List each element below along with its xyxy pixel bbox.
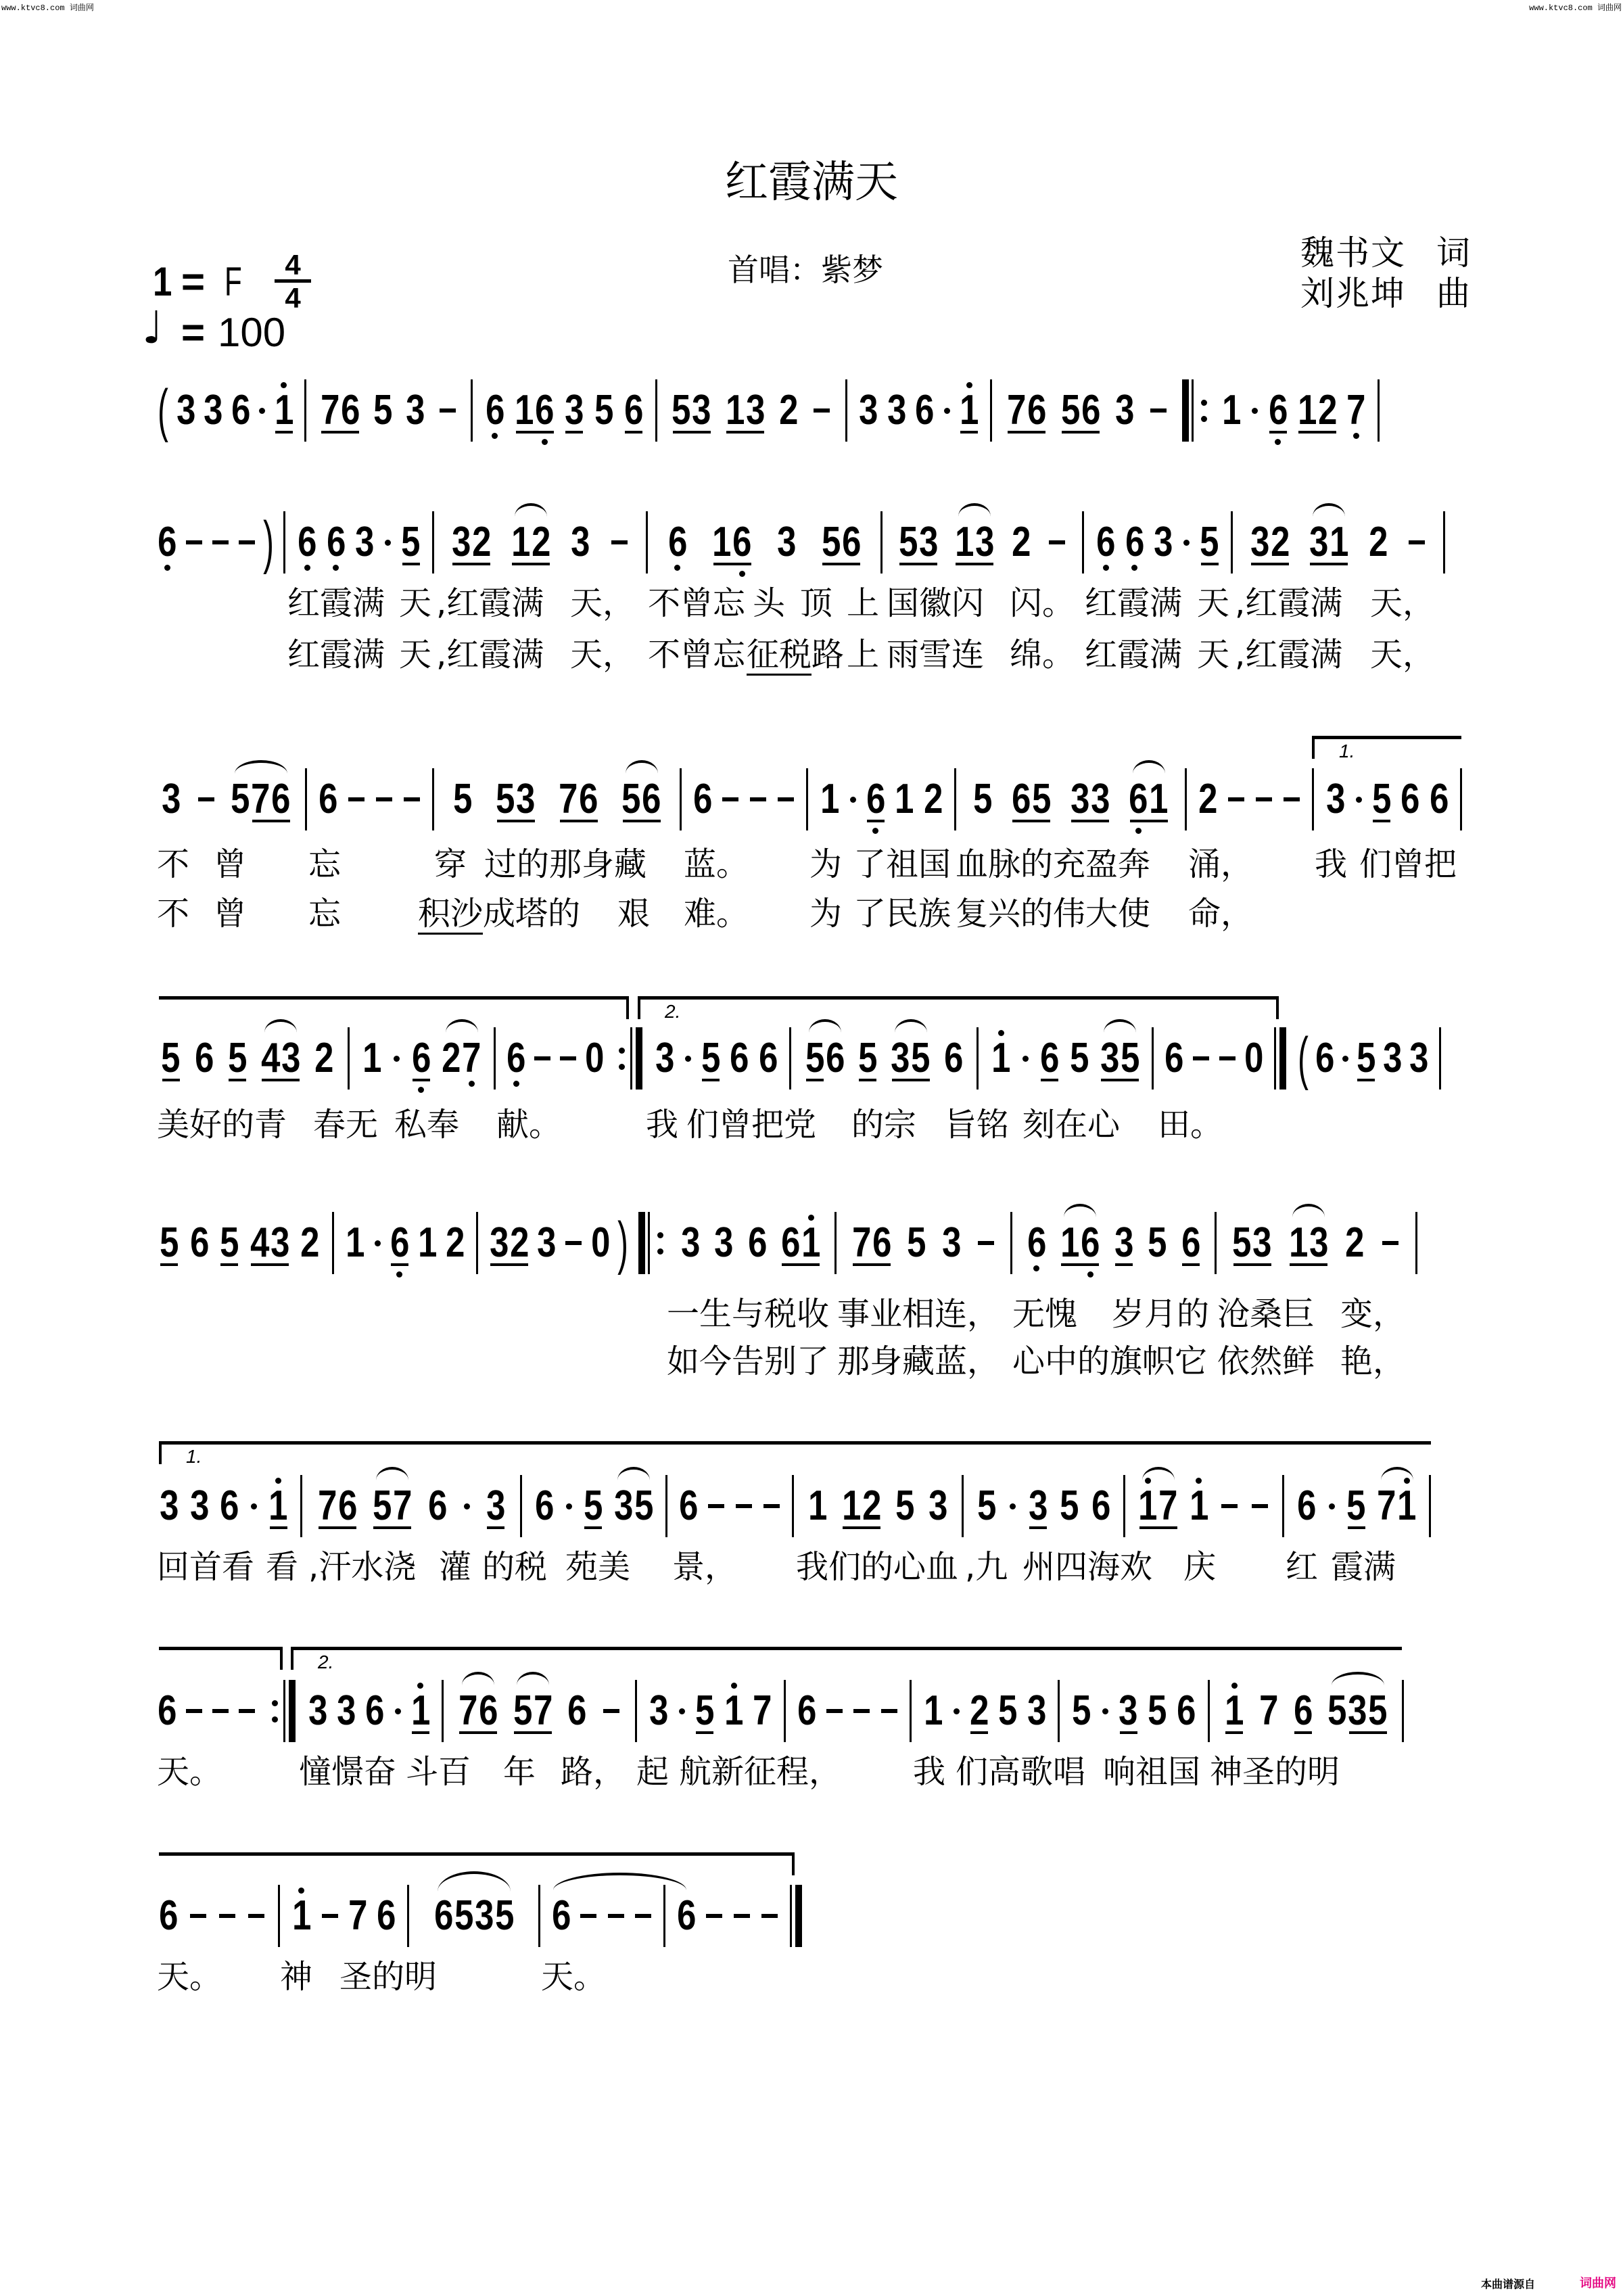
note: 3	[745, 377, 766, 444]
note: 1	[1221, 377, 1242, 444]
note: 5	[906, 1209, 926, 1277]
lyric-segment: 斗百	[406, 1756, 471, 1788]
note-digit: 3	[1309, 1222, 1328, 1264]
note: 6	[159, 1882, 179, 1950]
extension-dash	[1250, 1472, 1270, 1540]
note-digit: 2	[970, 1690, 989, 1732]
note: 3	[1309, 509, 1329, 576]
note: 5	[513, 1677, 533, 1745]
measure: 1612	[810, 766, 954, 833]
note: 3	[536, 1209, 557, 1277]
lyric-segment: 顶	[800, 587, 832, 619]
barline	[278, 1885, 280, 1947]
note-digit: 1	[820, 778, 839, 820]
note: 1	[511, 509, 531, 576]
extension-dash	[811, 377, 832, 444]
note: 6	[1129, 766, 1149, 833]
extension-dash	[184, 1677, 204, 1745]
slur: 27	[442, 1025, 482, 1092]
note: 3	[1114, 377, 1135, 444]
note-digit: 5	[858, 1037, 877, 1079]
note: 6	[194, 1025, 214, 1092]
barline	[432, 511, 434, 573]
lyric-segment: 穿	[434, 848, 467, 881]
note: 3	[1090, 766, 1110, 833]
note-digit: 0	[585, 1037, 604, 1079]
note: 2	[969, 1677, 989, 1745]
note-digit: 3	[746, 390, 765, 431]
note-digit: 5	[911, 1037, 930, 1079]
note: 2	[1011, 509, 1031, 576]
low-octave-dot	[1087, 1271, 1093, 1278]
lyric-segment: 了民族	[853, 897, 951, 930]
measure: 3566	[645, 1025, 789, 1092]
barline	[834, 1212, 837, 1274]
note: 5	[857, 1025, 878, 1092]
lyric-segment: 成塔的	[483, 897, 580, 930]
slur: 13	[954, 509, 995, 576]
barline	[304, 379, 306, 442]
beam-group: 12	[1297, 377, 1338, 444]
note-digit: 7	[393, 1485, 412, 1527]
augmentation-dot	[1341, 1025, 1350, 1092]
lyric-segment: 难。	[684, 897, 749, 930]
note: 5	[1368, 1677, 1388, 1745]
note: 7	[320, 377, 340, 444]
extension-dash	[748, 766, 768, 833]
note: 6	[732, 509, 753, 576]
note-digit: 6	[915, 390, 934, 431]
beam-group: 5	[1200, 509, 1220, 576]
note-digit: 1	[1222, 390, 1241, 431]
note: 2	[300, 1209, 321, 1277]
note: 0	[590, 1209, 611, 1277]
note-digit: 5	[228, 1037, 247, 1079]
note-digit: 5	[1327, 1690, 1346, 1732]
note: 3	[1100, 1025, 1120, 1092]
measure: 76563	[994, 377, 1182, 444]
note-digit: 3	[565, 390, 584, 431]
note: 7	[458, 1677, 478, 1745]
measure: (6533	[1289, 1025, 1439, 1092]
note-digit: 1	[511, 521, 530, 563]
augmentation-dot	[1250, 377, 1259, 444]
note-digit: 3	[1091, 778, 1110, 820]
note: 5	[1327, 1677, 1348, 1745]
note: 3	[1325, 766, 1346, 833]
barline	[845, 379, 847, 442]
slur: 535	[1327, 1677, 1388, 1745]
note: 7	[1158, 1472, 1179, 1540]
note: 6	[729, 1025, 749, 1092]
repeat-end-thin-bar	[283, 1680, 285, 1742]
barline	[348, 1027, 350, 1090]
note: 5	[583, 1472, 603, 1540]
note: 3	[1250, 509, 1270, 576]
measure: 53132	[1219, 1209, 1415, 1277]
note: 2	[1198, 766, 1219, 833]
tie-arc	[553, 1873, 686, 1890]
note-digit: 5	[998, 1690, 1017, 1732]
barline	[680, 768, 682, 830]
beam-group: 43	[250, 1209, 290, 1277]
measure: 3361	[849, 377, 990, 444]
note-digit: 3	[1154, 521, 1173, 563]
note: 3	[1070, 766, 1090, 833]
note: 5	[401, 509, 421, 576]
slur: 16	[1060, 1209, 1100, 1277]
beam-group: 35	[891, 1025, 931, 1092]
slur: 76	[458, 1677, 498, 1745]
note: 0	[1244, 1025, 1264, 1092]
note-digit: 3	[475, 1895, 494, 1937]
note: 3	[159, 1472, 179, 1540]
extension-dash	[210, 509, 231, 576]
low-octave-dot	[492, 433, 498, 439]
note: 5	[1232, 1209, 1252, 1277]
note: 5	[159, 1209, 179, 1277]
note-digit: 5	[1032, 778, 1051, 820]
note-digit: 5	[1148, 1222, 1167, 1264]
beam-group: 61	[1129, 766, 1169, 833]
extension-dash	[188, 1882, 208, 1950]
note-digit: 5	[513, 1690, 532, 1732]
repeat-start-thick-bar	[638, 1212, 645, 1274]
note-digit: 6	[412, 1037, 431, 1079]
note-digit: 5	[373, 1485, 392, 1527]
note-digit: 6	[159, 1895, 178, 1937]
note-digit: 7	[559, 778, 578, 820]
note-digit: 2	[1318, 390, 1337, 431]
lyric-segment: 了祖国	[853, 848, 951, 881]
augmentation-dot	[373, 1209, 382, 1277]
slur: 57	[513, 1677, 553, 1745]
measure: 6635	[287, 509, 432, 576]
note: 5	[911, 1025, 931, 1092]
note: 5	[621, 766, 642, 833]
beam-group: 6	[624, 377, 644, 444]
note: 1	[1149, 766, 1169, 833]
lyric-segment: 私奉	[394, 1108, 459, 1141]
barline	[520, 1475, 522, 1537]
lyric-segment: 天	[1197, 638, 1229, 671]
note: 5	[231, 766, 251, 833]
note: 6	[535, 377, 555, 444]
repeat-start-thick-bar	[1182, 379, 1189, 442]
note: 7	[1346, 377, 1367, 444]
beam-group: 6	[411, 1025, 431, 1092]
measure: 616356	[1014, 1209, 1215, 1277]
lyric-segment: 岁月的	[1112, 1298, 1209, 1330]
measure: 3361	[298, 1677, 442, 1745]
barline	[1010, 1212, 1012, 1274]
barline	[1282, 1475, 1284, 1537]
high-octave-dot	[1231, 1683, 1238, 1689]
extension-dash	[824, 1677, 845, 1745]
beam-group: 65	[1011, 766, 1052, 833]
measure: 2	[1189, 766, 1312, 833]
repeat-end-thick-bar	[289, 1680, 296, 1742]
extension-dash	[633, 1882, 653, 1950]
note: 1	[1288, 1209, 1309, 1277]
extension-dash	[704, 1882, 724, 1950]
volta-bracket-left	[291, 1647, 293, 1670]
note: 3	[1409, 1025, 1429, 1092]
note: 3	[1119, 1677, 1139, 1745]
volta-bracket-left	[159, 1441, 162, 1464]
barline	[1152, 1027, 1154, 1090]
note-digit: 3	[1027, 1690, 1046, 1732]
note-digit: 3	[777, 521, 796, 563]
barline	[494, 1027, 496, 1090]
note-digit: 6	[486, 390, 504, 431]
note-digit: 5	[977, 1485, 996, 1527]
note: 6	[1400, 766, 1420, 833]
beam-group: 1	[274, 377, 294, 444]
slur: 56	[621, 766, 662, 833]
note-digit: 6	[390, 1222, 409, 1264]
lyric-segment: 一生与税收	[667, 1298, 829, 1330]
footer-site: 词曲网	[1580, 2278, 1616, 2290]
note-digit: 1	[411, 1690, 430, 1732]
lyric-segment: 不曾忘	[648, 638, 745, 671]
volta-bracket-left	[638, 996, 640, 1019]
beam-group: 6	[1039, 1025, 1060, 1092]
barline	[1460, 768, 1462, 830]
lyric-segment: 我	[646, 1108, 678, 1141]
repeat-dot	[657, 1232, 663, 1238]
note: 6	[1091, 1472, 1111, 1540]
note-digit: 3	[1309, 521, 1328, 563]
note-digit: 7	[534, 1690, 552, 1732]
note-digit: 6	[535, 1485, 554, 1527]
note-digit: 5	[495, 1895, 514, 1937]
note-digit: 7	[753, 1690, 772, 1732]
note-digit: 0	[591, 1222, 610, 1264]
note-digit: 6	[1294, 1690, 1313, 1732]
barline	[655, 379, 657, 442]
lyric-segment: ,九	[965, 1551, 1008, 1583]
note: 1	[346, 1209, 366, 1277]
note: 5	[1072, 1677, 1092, 1745]
note-digit: 5	[594, 390, 613, 431]
note-digit: 5	[454, 1895, 473, 1937]
lyric-segment: 事业相连，	[837, 1298, 999, 1330]
note: 1	[1397, 1472, 1417, 1540]
slur: 61	[1129, 766, 1169, 833]
note: 3	[974, 509, 995, 576]
lyric-segment: 刻在心	[1022, 1108, 1120, 1141]
note-digit: 6	[552, 1895, 571, 1937]
note: 6	[326, 509, 346, 576]
measure: 53132	[885, 509, 1082, 576]
low-octave-dot	[1353, 433, 1359, 439]
beam-group: 5	[805, 1025, 825, 1092]
lyric-segment: 心中的旗帜它	[1012, 1345, 1207, 1378]
slur: 13	[1288, 1209, 1329, 1277]
note-digit: 6	[1269, 390, 1288, 431]
measure: 1627	[352, 1025, 494, 1092]
note: 3	[281, 1025, 301, 1092]
lyric-segment: 回首看	[157, 1551, 254, 1583]
lyric-segment: 艰	[617, 897, 650, 930]
close-paren: )	[265, 509, 271, 576]
note-digit: 1	[1190, 1485, 1208, 1527]
lyric-segment: 积沙	[418, 897, 483, 935]
note-digit: 6	[1181, 1222, 1200, 1264]
slur: 6535	[433, 1882, 515, 1950]
measure: 16127	[1212, 377, 1378, 444]
note-digit: 6	[231, 390, 250, 431]
note-digit: 3	[406, 390, 425, 431]
lyric-segment: 头	[753, 587, 785, 619]
note-digit: 3	[270, 1222, 289, 1264]
barline	[990, 379, 992, 442]
note-digit: 1	[1397, 1485, 1416, 1527]
repeat-dot	[272, 1700, 278, 1706]
note-digit: 6	[1315, 1037, 1334, 1079]
note-digit: 6	[1401, 778, 1419, 820]
note: 6	[676, 1882, 697, 1950]
note: 6	[534, 1472, 555, 1540]
extension-dash	[374, 766, 394, 833]
note-digit: 3	[891, 1037, 910, 1079]
note-digit: 6	[642, 778, 661, 820]
note: 6	[758, 1025, 778, 1092]
note: 3	[1114, 1209, 1134, 1277]
note: 6	[678, 1472, 699, 1540]
note-digit: 3	[887, 390, 906, 431]
barline	[910, 1680, 912, 1742]
measure: 176	[282, 1882, 407, 1950]
note-digit: 6	[1040, 1037, 1059, 1079]
note: 6	[433, 1882, 454, 1950]
note: 6	[1429, 766, 1449, 833]
note: 6	[340, 377, 360, 444]
measure: 5356	[966, 1472, 1123, 1540]
low-octave-dot	[542, 439, 548, 445]
barline	[1123, 1475, 1125, 1537]
note-digit: 6	[195, 1037, 214, 1079]
beam-group: 5	[159, 1209, 179, 1277]
note-digit: 5	[1232, 1222, 1251, 1264]
note-digit: 3	[714, 1222, 733, 1264]
note: 3	[1309, 1209, 1329, 1277]
note-digit: 6	[220, 1485, 239, 1527]
note-digit: 5	[895, 1485, 914, 1527]
beam-group: 16	[712, 509, 753, 576]
note: 1	[991, 1025, 1011, 1092]
note: 1	[841, 1472, 862, 1540]
measure: 33661	[668, 1209, 834, 1277]
lyric-segment: 的税	[482, 1551, 547, 1583]
note-digit: 3	[452, 521, 471, 563]
note: 3	[189, 1472, 210, 1540]
lyric-segment: 上	[847, 638, 879, 671]
note: 6	[914, 377, 935, 444]
lyric-segment: 旨铭	[944, 1108, 1009, 1141]
extension-dash	[601, 1677, 621, 1745]
note-digit: 1	[362, 1037, 381, 1079]
note: 6	[219, 1472, 239, 1540]
note-digit: 6	[434, 1895, 453, 1937]
double-thick-bar	[1279, 1027, 1286, 1090]
note: 6	[747, 1209, 768, 1277]
note: 1	[894, 766, 914, 833]
augmentation-dot	[383, 509, 392, 576]
extension-dash	[976, 1209, 996, 1277]
note-digit: 5	[1148, 1690, 1167, 1732]
note: 6	[1125, 509, 1145, 576]
beam-group: 13	[1288, 1209, 1329, 1277]
note-digit: 3	[860, 390, 878, 431]
score: (3361765361635653132336176563161276)6635…	[0, 0, 1623, 2296]
repeat-dot	[1201, 400, 1207, 406]
augmentation-dot	[250, 1472, 258, 1540]
note: 0	[584, 1025, 605, 1092]
repeat-dot	[272, 1716, 278, 1723]
note-digit: 6	[1297, 1485, 1316, 1527]
volta-ending-number: 2.	[318, 1653, 333, 1672]
slur: 35	[613, 1472, 654, 1540]
low-octave-dot	[418, 1087, 424, 1093]
measure: 6	[542, 1882, 663, 1950]
note: 3	[1153, 509, 1173, 576]
measure: 7653	[839, 1209, 1010, 1277]
note-digit: 3	[537, 1222, 556, 1264]
note: 3	[336, 1677, 356, 1745]
note-digit: 1	[924, 1690, 943, 1732]
augmentation-dot	[1355, 766, 1363, 833]
beam-group: 31	[1309, 509, 1349, 576]
augmentation-dot	[1008, 1472, 1017, 1540]
measure: 6	[667, 1882, 790, 1950]
beam-group: 3	[564, 377, 584, 444]
note-digit: 6	[872, 1222, 891, 1264]
note-digit: 5	[584, 1485, 603, 1527]
note-digit: 7	[462, 1037, 481, 1079]
note: 2	[445, 1209, 465, 1277]
measure: 3566	[1316, 766, 1460, 833]
beam-group: 5	[161, 1025, 181, 1092]
close-paren: )	[620, 1209, 626, 1277]
lyric-segment: 上	[847, 587, 879, 619]
repeat-start-thin-bar	[648, 1212, 650, 1274]
lyric-segment: 州四海欢	[1022, 1551, 1152, 1583]
note-digit: 6	[1027, 390, 1046, 431]
repeat-start-thin-bar	[1192, 379, 1194, 442]
measure: 6635	[1086, 509, 1231, 576]
note: 1	[808, 1472, 828, 1540]
lyric-segment: 为	[809, 897, 842, 930]
note-digit: 6	[759, 1037, 778, 1079]
lyric-segment: 红霞满	[1085, 638, 1182, 671]
note-digit: 5	[160, 1222, 179, 1264]
beam-group: 5	[701, 1025, 721, 1092]
augmentation-dot	[943, 377, 951, 444]
note: 3	[474, 1882, 494, 1950]
beam-group: 16	[515, 377, 555, 444]
note: 2	[442, 1025, 462, 1092]
note-digit: 3	[308, 1690, 327, 1732]
barline	[300, 1475, 302, 1537]
lyric-segment: 神圣的明	[1210, 1756, 1340, 1788]
note: 3	[887, 377, 907, 444]
note: 3	[176, 377, 196, 444]
lyric-segment: 起	[636, 1756, 669, 1788]
measure: 32312	[1235, 509, 1443, 576]
note-digit: 6	[1027, 1222, 1046, 1264]
